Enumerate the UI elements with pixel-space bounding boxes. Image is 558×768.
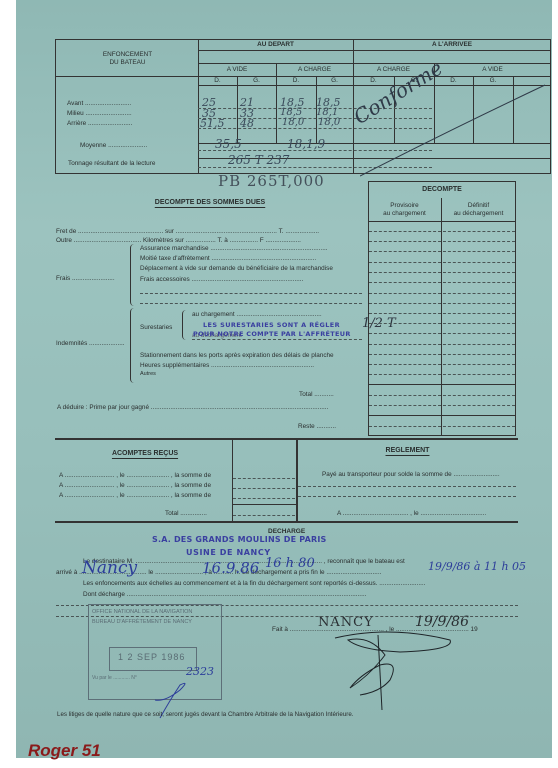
conforme-slash-line (360, 80, 558, 180)
enfoncement-title-line1: ENFONCEMENT (60, 51, 195, 59)
enfoncement-title: ENFONCEMENT DU BATEAU (60, 51, 195, 67)
frais-label: Frais ........................ (56, 275, 115, 282)
fret-de-line: Fret de ................................… (56, 228, 319, 235)
indemnites-brace (130, 308, 136, 383)
arrivee-a-vide-header: A VIDE (434, 66, 551, 73)
office-stamp-line2: BUREAU D'AFFRÈTEMENT DE NANCY (92, 619, 192, 625)
row-label-arriere: Arrière ......................... (67, 120, 132, 127)
arrive-a-handwritten: Nancy (82, 558, 137, 578)
definitif-header: Définitifau déchargement (441, 202, 516, 218)
enfoncements-line: Les enfoncements aux échelles au commenc… (83, 580, 425, 587)
au-chargement-line: au chargement ..........................… (192, 311, 322, 318)
arrive-heure-handwritten: 16 h 80 (265, 556, 315, 571)
acompte-row-2: A ............................ , le ....… (59, 482, 211, 489)
reste-line: Reste ........... (298, 423, 336, 430)
surestaries-stamp-line1: LES SURESTARIES SONT A RÉGLER (203, 321, 340, 329)
a-deduire-line: A déduire : Prime par jour gagné .......… (57, 404, 328, 411)
outre-line: Outre ..................................… (56, 237, 301, 244)
acompte-row-1: A ............................ , le ....… (59, 472, 211, 479)
acompte-row-3: A ............................ , le ....… (59, 492, 211, 499)
frais-item-deplacement: Déplacement à vide sur demande du bénéfi… (140, 265, 333, 272)
reglement-title: REGLEMENT (300, 447, 515, 454)
frais-brace (130, 244, 136, 306)
surestaries-stamp-line2: POUR NOTRE COMPTE PAR L'AFFRÉTEUR (193, 330, 351, 338)
office-stamp-number: 2323 (186, 665, 214, 678)
au-depart-header: AU DEPART (198, 41, 353, 48)
litiges-footer: Les litiges de quelle nature que ce soit… (57, 711, 354, 718)
moyenne-charge: 18,1,9 (287, 137, 325, 151)
acomptes-amount-col-left (232, 438, 233, 522)
grands-moulins-stamp-line2: USINE DE NANCY (186, 548, 271, 557)
heures-sup-line: Heures supplémentaires .................… (140, 362, 314, 369)
arriere-d-charge: 18,0 (282, 117, 304, 128)
indemnites-label: Indemnités .................... (56, 340, 125, 347)
frais-item-accessoires: Frais accessoires ......................… (140, 276, 303, 283)
reglement-a-le-line: A ..................................... … (337, 510, 486, 517)
row-label-tonnage: Tonnage résultant de la lecture (68, 160, 155, 167)
depart-a-vide-header: A VIDE (198, 66, 276, 73)
surestaries-brace (182, 310, 187, 340)
pb-handwritten: PB 265T,000 (218, 172, 325, 190)
provisoire-header: Provisoireau chargement (368, 202, 441, 218)
tonnage-value: 265 T 237 (228, 153, 289, 167)
arriere-g-vide: 48 (240, 117, 254, 130)
fin-dechargement-handwritten: 19/9/86 à 11 h 05 (428, 560, 526, 573)
autres-line: Autres (140, 371, 156, 377)
decharge-title: DECHARGE (268, 528, 305, 535)
office-stamp-line1: OFFICE NATIONAL DE LA NAVIGATION (92, 609, 192, 615)
arriere-d-vide: 51,5 (200, 117, 225, 130)
acomptes-title: ACOMPTES REÇUS (60, 450, 230, 457)
row-label-moyenne: Moyenne ...................... (80, 142, 147, 149)
acomptes-total: Total ............... (165, 510, 207, 517)
watermark-roger-51: Roger 51 (28, 741, 101, 761)
arrive-date-handwritten: 16.9.86 (202, 559, 259, 577)
decompte-table (368, 181, 516, 436)
grands-moulins-stamp-line1: S.A. DES GRANDS MOULINS DE PARIS (152, 535, 327, 544)
dont-decharge-line: Dont décharge ..........................… (83, 591, 366, 598)
stationnement-line: Stationnement dans les ports après expir… (140, 352, 362, 359)
office-stamp-vu: Vu par le ............ N° (92, 675, 137, 681)
arriere-g-charge: 18,0 (318, 117, 340, 128)
frais-item-assurance: Assurance marchandise ..................… (140, 245, 328, 252)
enfoncement-title-line2: DU BATEAU (60, 59, 195, 67)
office-stamp-date: 1 2 SEP 1986 (118, 652, 185, 662)
decompte-sommes-title: DECOMPTE DES SOMMES DUES (120, 199, 300, 206)
signature (330, 630, 460, 710)
depart-a-charge-header: A CHARGE (276, 66, 353, 73)
fait-date-handwritten: 19/9/86 (415, 614, 469, 630)
row-label-milieu: Milieu .......................... (67, 110, 132, 117)
col-d-2: D. (276, 77, 316, 84)
total-line: Total ........... (299, 391, 334, 398)
frais-item-taxe: Moitié taxe d'affrètement ..............… (140, 255, 316, 262)
col-g-1: G. (237, 77, 276, 84)
a-l-arrivee-header: A L'ARRIVEE (353, 41, 551, 48)
reglement-paye-line: Payé au transporteur pour solde la somme… (322, 471, 500, 478)
col-d-1: D. (198, 77, 237, 84)
surestaries-label: Surestaries (140, 324, 172, 331)
col-g-2: G. (316, 77, 353, 84)
moyenne-vide: 35,5 (215, 137, 242, 151)
row-label-avant: Avant .......................... (67, 100, 131, 107)
decompte-title: DECOMPTE (368, 186, 516, 193)
fait-a-handwritten: NANCY (318, 615, 374, 630)
